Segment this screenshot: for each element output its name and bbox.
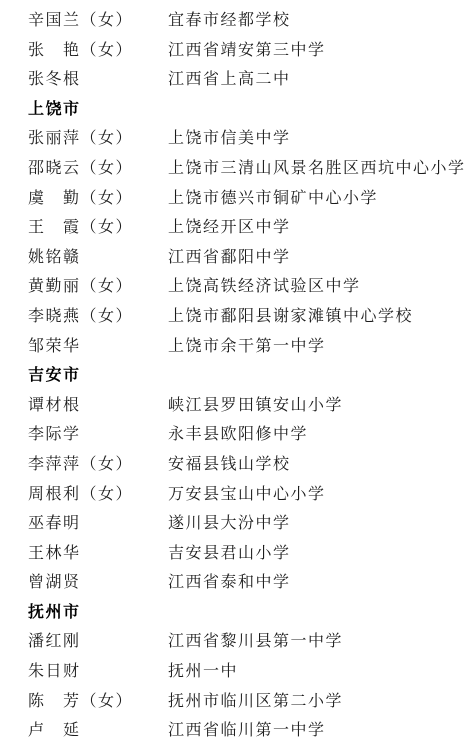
person-name: 曾湖贤 (28, 568, 168, 598)
section-header-jian: 吉安市 (0, 361, 473, 391)
school-name: 上饶经开区中学 (168, 219, 291, 236)
person-name: 张冬根 (28, 65, 168, 95)
school-name: 江西省临川第一中学 (168, 722, 326, 739)
person-name: 朱日财 (28, 657, 168, 687)
list-item: 朱日财抚州一中 (0, 657, 473, 687)
person-name: 王 霞（女） (28, 213, 168, 243)
person-name: 周根利（女） (28, 480, 168, 510)
list-item: 虞 勤（女）上饶市德兴市铜矿中心小学 (0, 184, 473, 214)
list-item: 姚铭赣江西省鄱阳中学 (0, 243, 473, 273)
school-name: 吉安县君山小学 (168, 545, 291, 562)
person-name: 邵晓云（女） (28, 154, 168, 184)
school-name: 上饶市信美中学 (168, 130, 291, 147)
list-item: 张 艳（女）江西省靖安第三中学 (0, 36, 473, 66)
list-item: 张丽萍（女）上饶市信美中学 (0, 124, 473, 154)
school-name: 江西省上高二中 (168, 71, 291, 88)
school-name: 上饶市余干第一中学 (168, 338, 326, 355)
school-name: 江西省泰和中学 (168, 574, 291, 591)
school-name: 江西省鄱阳中学 (168, 249, 291, 266)
person-name: 李晓燕（女） (28, 302, 168, 332)
school-name: 永丰县欧阳修中学 (168, 426, 308, 443)
school-name: 江西省黎川县第一中学 (168, 633, 343, 650)
person-name: 虞 勤（女） (28, 184, 168, 214)
list-item: 谭材根峡江县罗田镇安山小学 (0, 391, 473, 421)
list-item: 陈 芳（女）抚州市临川区第二小学 (0, 687, 473, 717)
city-name: 上饶市 (28, 95, 81, 125)
city-name: 吉安市 (28, 361, 81, 391)
person-name: 王林华 (28, 539, 168, 569)
list-item: 辛国兰（女）宜春市经都学校 (0, 6, 473, 36)
person-name: 潘红刚 (28, 627, 168, 657)
school-name: 江西省靖安第三中学 (168, 42, 326, 59)
person-name: 辛国兰（女） (28, 6, 168, 36)
school-name: 上饶市德兴市铜矿中心小学 (168, 190, 378, 207)
city-name: 抚州市 (28, 598, 81, 628)
list-item: 邵晓云（女）上饶市三清山风景名胜区西坑中心小学 (0, 154, 473, 184)
document-page: 辛国兰（女）宜春市经都学校 张 艳（女）江西省靖安第三中学 张冬根江西省上高二中… (0, 0, 473, 746)
school-name: 遂川县大汾中学 (168, 515, 291, 532)
list-item: 卢 延江西省临川第一中学 (0, 716, 473, 746)
person-name: 张丽萍（女） (28, 124, 168, 154)
section-header-fuzhou: 抚州市 (0, 598, 473, 628)
school-name: 抚州一中 (168, 663, 238, 680)
person-name: 张 艳（女） (28, 36, 168, 66)
school-name: 万安县宝山中心小学 (168, 486, 326, 503)
school-name: 抚州市临川区第二小学 (168, 693, 343, 710)
list-item: 邹荣华上饶市余干第一中学 (0, 332, 473, 362)
school-name: 上饶市三清山风景名胜区西坑中心小学 (168, 160, 466, 177)
list-item: 张冬根江西省上高二中 (0, 65, 473, 95)
list-item: 王 霞（女）上饶经开区中学 (0, 213, 473, 243)
list-item: 黄勤丽（女）上饶高铁经济试验区中学 (0, 272, 473, 302)
list-item: 李际学永丰县欧阳修中学 (0, 420, 473, 450)
school-name: 安福县钱山学校 (168, 456, 291, 473)
person-name: 巫春明 (28, 509, 168, 539)
list-item: 潘红刚江西省黎川县第一中学 (0, 627, 473, 657)
list-item: 曾湖贤江西省泰和中学 (0, 568, 473, 598)
person-name: 陈 芳（女） (28, 687, 168, 717)
person-name: 姚铭赣 (28, 243, 168, 273)
section-header-shangrao: 上饶市 (0, 95, 473, 125)
school-name: 上饶市鄱阳县谢家滩镇中心学校 (168, 308, 413, 325)
school-name: 上饶高铁经济试验区中学 (168, 278, 361, 295)
person-name: 黄勤丽（女） (28, 272, 168, 302)
person-name: 谭材根 (28, 391, 168, 421)
list-item: 巫春明遂川县大汾中学 (0, 509, 473, 539)
list-item: 周根利（女）万安县宝山中心小学 (0, 480, 473, 510)
person-name: 李萍萍（女） (28, 450, 168, 480)
list-item: 李萍萍（女）安福县钱山学校 (0, 450, 473, 480)
list-item: 王林华吉安县君山小学 (0, 539, 473, 569)
person-name: 卢 延 (28, 716, 168, 746)
list-item: 李晓燕（女）上饶市鄱阳县谢家滩镇中心学校 (0, 302, 473, 332)
school-name: 宜春市经都学校 (168, 12, 291, 29)
person-name: 邹荣华 (28, 332, 168, 362)
school-name: 峡江县罗田镇安山小学 (168, 397, 343, 414)
person-name: 李际学 (28, 420, 168, 450)
